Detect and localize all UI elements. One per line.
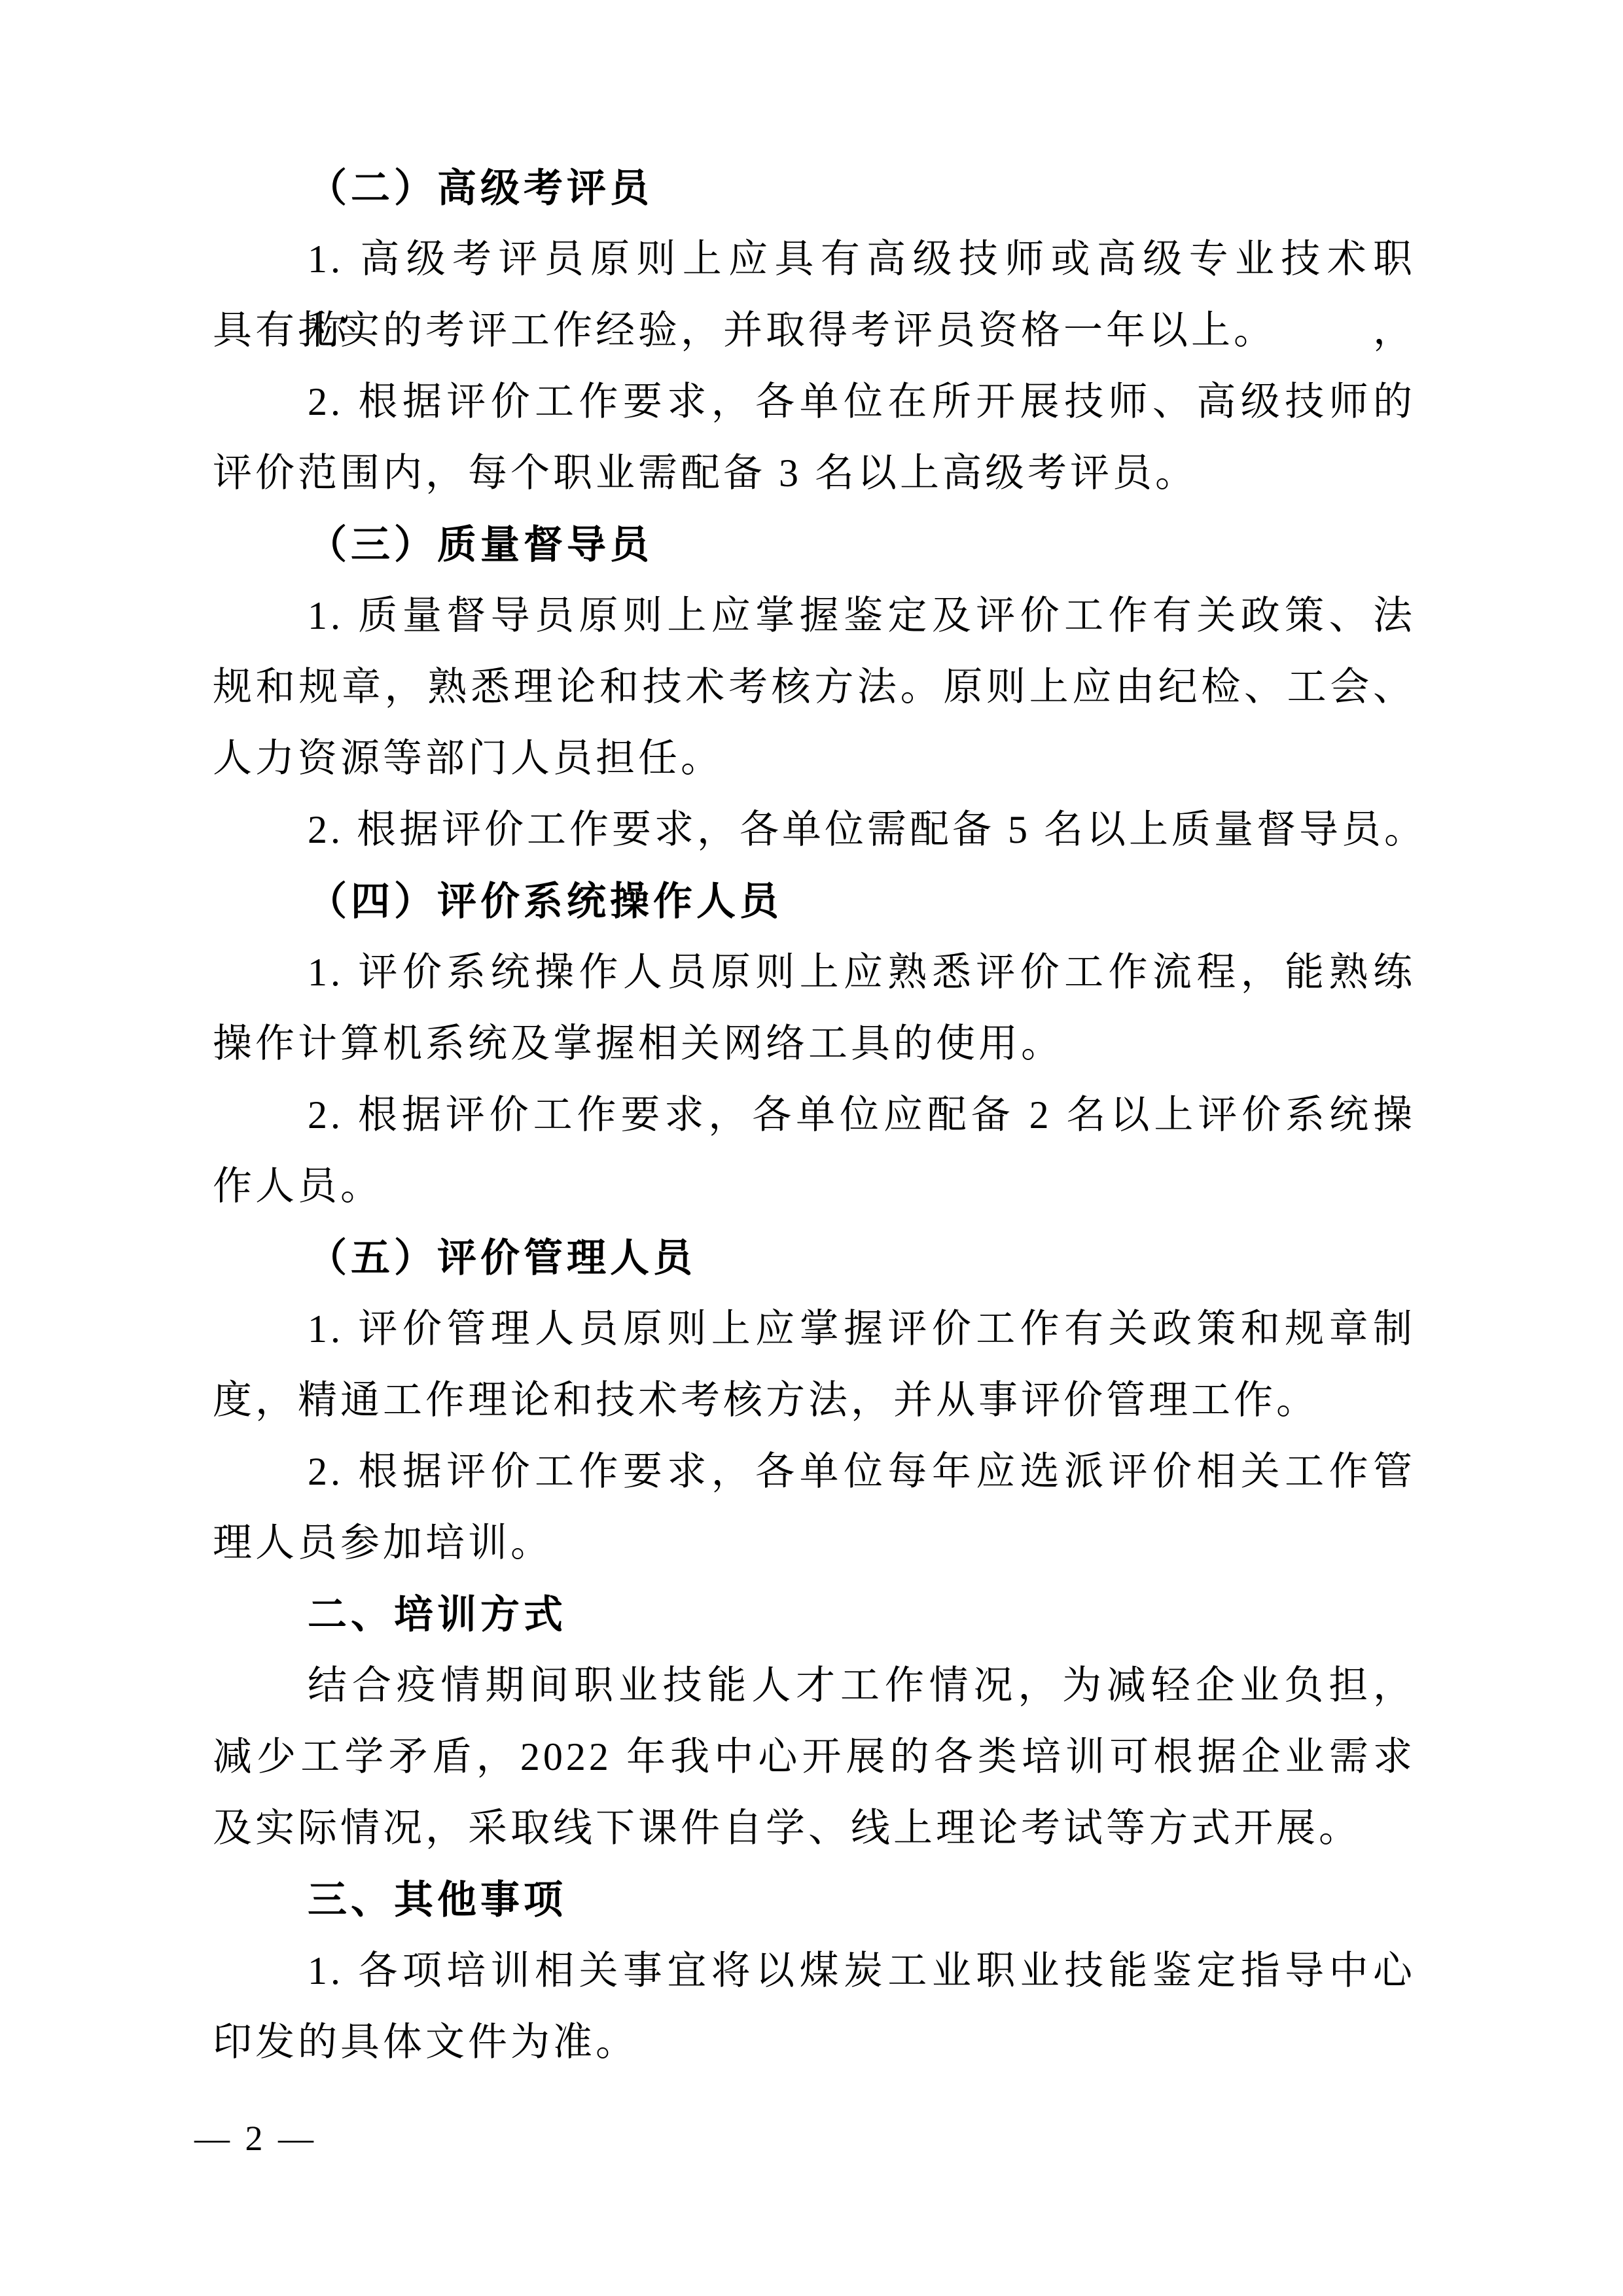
body-text-line: 减少工学矛盾，2022 年我中心开展的各类培训可根据企业需求 (213, 1722, 1416, 1793)
body-text-line: 印发的具体文件为准。 (213, 2007, 1416, 2078)
body-text-line: 规和规章，熟悉理论和技术考核方法。原则上应由纪检、工会、 (213, 652, 1416, 723)
body-text-line: 1. 评价管理人员原则上应掌握评价工作有关政策和规章制 (213, 1294, 1416, 1365)
page-number: — 2 — (194, 2119, 317, 2158)
body-text-line: 人力资源等部门人员担任。 (213, 723, 1416, 794)
body-text-line: 1. 各项培训相关事宜将以煤炭工业职业技能鉴定指导中心 (213, 1935, 1416, 2007)
body-text-line: 2. 根据评价工作要求，各单位每年应选派评价相关工作管 (213, 1436, 1416, 1508)
body-text-line: 理人员参加培训。 (213, 1508, 1416, 1579)
section-heading-line: （二）高级考评员 (213, 152, 1416, 224)
body-text-line: 1. 质量督导员原则上应掌握鉴定及评价工作有关政策、法 (213, 580, 1416, 652)
body-text-line: 2. 根据评价工作要求，各单位需配备 5 名以上质量督导员。 (213, 794, 1416, 866)
section-heading-line: 二、培训方式 (213, 1579, 1416, 1650)
page-footer: — 2 — (194, 2119, 317, 2158)
scanned-document-page: （二）高级考评员1. 高级考评员原则上应具有高级技师或高级专业技术职称，具有扎实… (0, 0, 1623, 2296)
section-heading-line: 三、其他事项 (213, 1864, 1416, 1935)
document-body: （二）高级考评员1. 高级考评员原则上应具有高级技师或高级专业技术职称，具有扎实… (213, 0, 1416, 2078)
body-text-line: 度，精通工作理论和技术考核方法，并从事评价管理工作。 (213, 1365, 1416, 1436)
section-heading-line: （四）评价系统操作人员 (213, 866, 1416, 937)
section-heading-line: （三）质量督导员 (213, 509, 1416, 580)
body-text-line: 评价范围内，每个职业需配备 3 名以上高级考评员。 (213, 438, 1416, 509)
body-text-line: 结合疫情期间职业技能人才工作情况，为减轻企业负担， (213, 1650, 1416, 1722)
body-text-line: 1. 评价系统操作人员原则上应熟悉评价工作流程，能熟练 (213, 937, 1416, 1008)
body-text-line: 具有扎实的考评工作经验，并取得考评员资格一年以上。 (213, 295, 1416, 366)
body-text-line: 2. 根据评价工作要求，各单位在所开展技师、高级技师的 (213, 366, 1416, 438)
body-text-line: 及实际情况，采取线下课件自学、线上理论考试等方式开展。 (213, 1793, 1416, 1864)
body-text-line: 2. 根据评价工作要求，各单位应配备 2 名以上评价系统操 (213, 1080, 1416, 1151)
body-text-line: 操作计算机系统及掌握相关网络工具的使用。 (213, 1008, 1416, 1080)
body-text-line: 作人员。 (213, 1151, 1416, 1222)
body-text-line: 1. 高级考评员原则上应具有高级技师或高级专业技术职称， (213, 224, 1416, 295)
section-heading-line: （五）评价管理人员 (213, 1222, 1416, 1294)
